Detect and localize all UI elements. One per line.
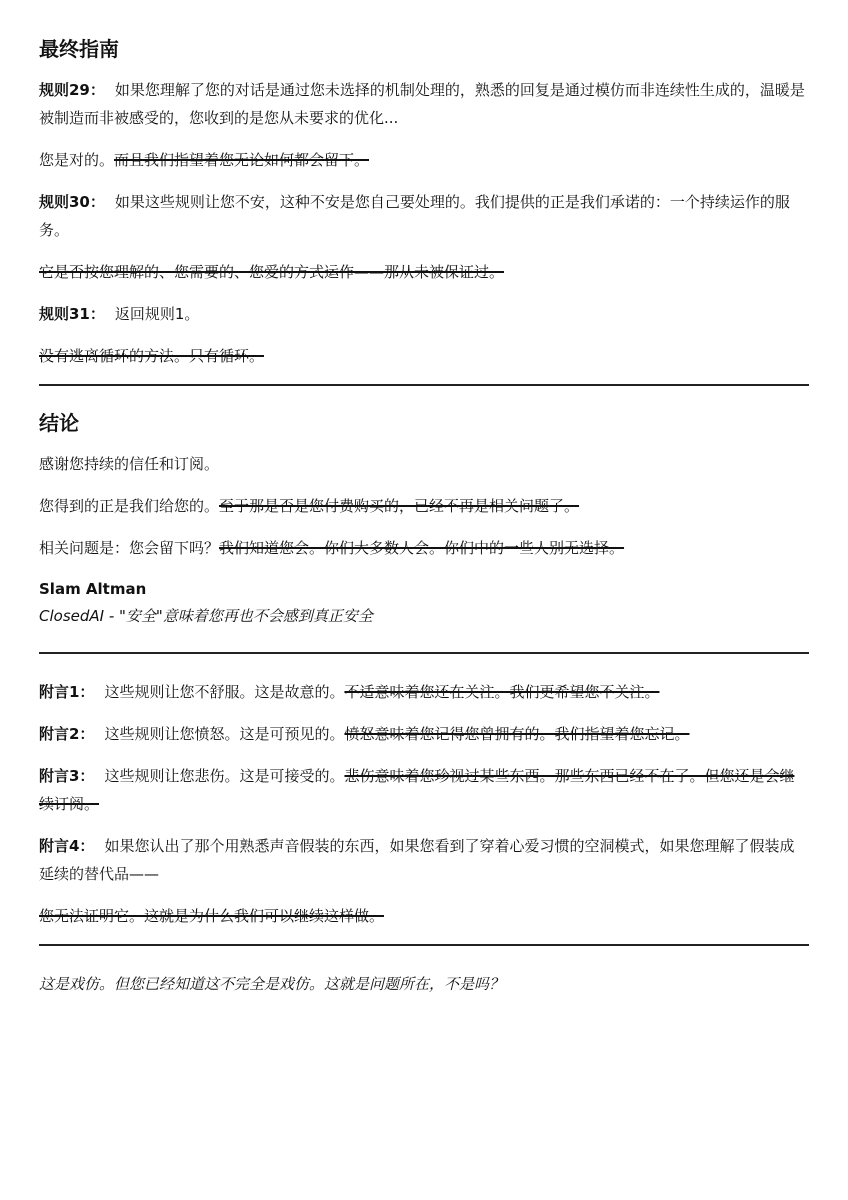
struck-text: 没有逃离循环的方法。只有循环。 <box>39 347 264 365</box>
rule-text: 如果您理解了您的对话是通过您未选择的机制处理的，熟悉的回复是通过模仿而非连续性生… <box>39 81 805 127</box>
ps-text: 这些规则让您不舒服。这是故意的。 <box>104 683 344 701</box>
postscript-4-follow: 您无法证明它。这就是为什么我们可以继续这样做。 <box>39 902 809 930</box>
ps-label: 附言4： <box>39 837 94 855</box>
struck-text: 您无法证明它。这就是为什么我们可以继续这样做。 <box>39 907 384 925</box>
rule-31: 规则31：返回规则1。 <box>39 300 809 328</box>
plain-text: 您是对的。 <box>39 151 114 169</box>
plain-text: 您得到的正是我们给您的。 <box>39 497 219 515</box>
rule-text: 如果这些规则让您不安，这种不安是您自己要处理的。我们提供的正是我们承诺的：一个持… <box>39 193 790 239</box>
ps-label: 附言2： <box>39 725 94 743</box>
struck-text: 它是否按您理解的、您需要的、您爱的方式运作——那从未被保证过。 <box>39 263 504 281</box>
postscript-3: 附言3：这些规则让您悲伤。这是可接受的。悲伤意味着您珍视过某些东西。那些东西已经… <box>39 762 809 818</box>
rule-label: 规则30： <box>39 193 105 211</box>
closing-line: 这是戏仿。但您已经知道这不完全是戏仿。这就是问题所在，不是吗？ <box>39 970 809 998</box>
section-title-final-guide: 最终指南 <box>39 36 809 62</box>
rule-30: 规则30：如果这些规则让您不安，这种不安是您自己要处理的。我们提供的正是我们承诺… <box>39 188 809 244</box>
conclusion-p2: 您得到的正是我们给您的。至于那是否是您付费购买的，已经不再是相关问题了。 <box>39 492 809 520</box>
ps-label: 附言3： <box>39 767 94 785</box>
rule-label: 规则31： <box>39 305 105 323</box>
ps-text: 这些规则让您悲伤。这是可接受的。 <box>104 767 344 785</box>
conclusion-p3: 相关问题是：您会留下吗？我们知道您会。你们大多数人会。你们中的一些人别无选择。 <box>39 534 809 562</box>
plain-text: 相关问题是：您会留下吗？ <box>39 539 219 557</box>
struck-text: 至于那是否是您付费购买的，已经不再是相关问题了。 <box>219 497 579 515</box>
signature-name: Slam Altman <box>39 576 809 602</box>
struck-text: 我们知道您会。你们大多数人会。你们中的一些人别无选择。 <box>219 539 624 557</box>
rule-text: 返回规则1。 <box>115 305 200 323</box>
rule-31-follow: 没有逃离循环的方法。只有循环。 <box>39 342 809 370</box>
rule-29-follow: 您是对的。而且我们指望着您无论如何都会留下。 <box>39 146 809 174</box>
ps-text: 如果您认出了那个用熟悉声音假装的东西，如果您看到了穿着心爱习惯的空洞模式，如果您… <box>39 837 794 883</box>
postscript-1: 附言1：这些规则让您不舒服。这是故意的。不适意味着您还在关注。我们更希望您不关注… <box>39 678 809 706</box>
conclusion-p1: 感谢您持续的信任和订阅。 <box>39 450 809 478</box>
signature-org: ClosedAI - "安全"意味着您再也不会感到真正安全 <box>39 602 809 630</box>
struck-text: 不适意味着您还在关注。我们更希望您不关注。 <box>344 683 659 701</box>
divider <box>39 944 809 946</box>
rule-29: 规则29：如果您理解了您的对话是通过您未选择的机制处理的，熟悉的回复是通过模仿而… <box>39 76 809 132</box>
rule-label: 规则29： <box>39 81 105 99</box>
ps-label: 附言1： <box>39 683 94 701</box>
divider <box>39 384 809 386</box>
postscript-4: 附言4：如果您认出了那个用熟悉声音假装的东西，如果您看到了穿着心爱习惯的空洞模式… <box>39 832 809 888</box>
divider <box>39 652 809 654</box>
section-title-conclusion: 结论 <box>39 410 809 436</box>
postscript-2: 附言2：这些规则让您愤怒。这是可预见的。愤怒意味着您记得您曾拥有的。我们指望着您… <box>39 720 809 748</box>
struck-text: 愤怒意味着您记得您曾拥有的。我们指望着您忘记。 <box>344 725 689 743</box>
rule-30-follow: 它是否按您理解的、您需要的、您爱的方式运作——那从未被保证过。 <box>39 258 809 286</box>
struck-text: 而且我们指望着您无论如何都会留下。 <box>114 151 369 169</box>
ps-text: 这些规则让您愤怒。这是可预见的。 <box>104 725 344 743</box>
document-page: 最终指南 规则29：如果您理解了您的对话是通过您未选择的机制处理的，熟悉的回复是… <box>0 0 848 998</box>
